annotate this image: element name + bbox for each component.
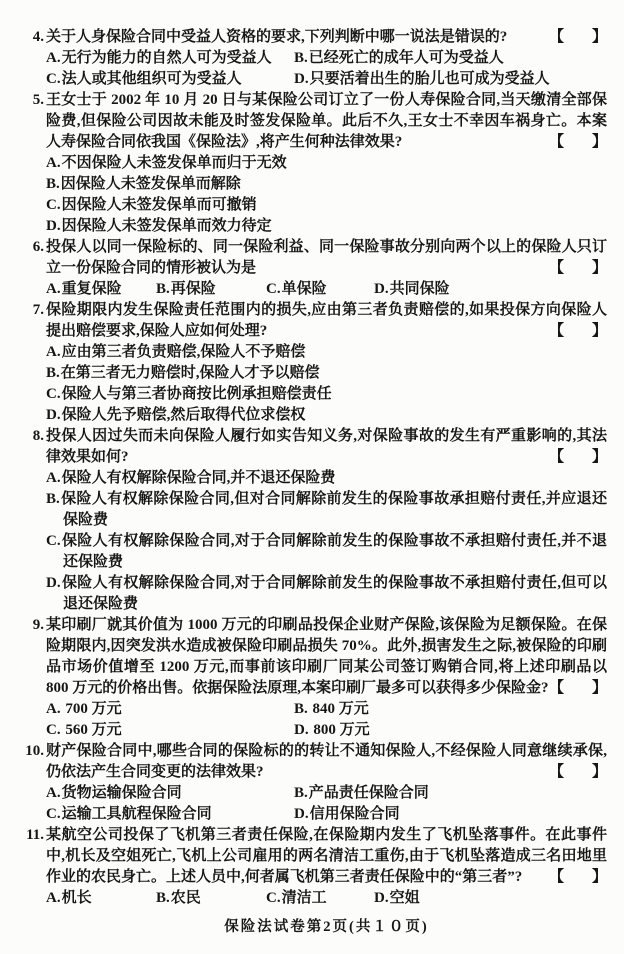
option-label: B. [46,365,60,381]
question-number: 9. [18,615,44,636]
bracket-open-glyph: 【 [549,321,564,342]
answer-bracket: 【 】 [549,867,607,888]
bracket-open-glyph: 【 [549,447,564,468]
option-text: 产品责任保险合同 [309,785,429,801]
option-text: 保险人有权解除保险合同,并不退还保险费 [62,470,336,486]
question: 6. 投保人以同一保险标的、同一保险利益、同一保险事故分别向两个以上的保险人只订… [46,237,607,300]
answer-option: D.空姐 [374,888,607,909]
option-text: 保险人有权解除保险合同,但对合同解除前发生的保险事故承担赔付责任,并应退还保险费 [61,491,607,528]
bracket-close-glyph: 】 [592,447,607,468]
question-stem-text: 王女士于 2002 年 10 月 20 日与某保险公司订立了一份人寿保险合同,当… [46,92,607,150]
option-label: B. [156,890,170,906]
answer-bracket: 【 】 [549,27,607,48]
answer-option: B.农民 [156,888,266,909]
answer-option: C.法人或其他组织可为受益人 [46,69,294,90]
option-text: 运输工具航程保险合同 [62,806,212,822]
option-label: B. [294,701,308,717]
option-list: A.保险人有权解除保险合同,并不退还保险费 B.保险人有权解除保险合同,但对合同… [46,468,607,615]
answer-option: A.机长 [46,888,156,909]
option-label: A. [46,50,61,66]
option-label: D. [46,407,61,423]
option-text: 因保险人未签发保单而可撤销 [62,197,257,213]
option-label: B. [156,281,170,297]
answer-option: B.产品责任保险合同 [294,783,607,804]
answer-option: B.保险人有权解除保险合同,但对合同解除前发生的保险事故承担赔付责任,并应退还保… [46,489,607,531]
option-label: B. [294,50,308,66]
option-text: 保险人有权解除保险合同,对于合同解除前发生的保险事故不承担赔付责任,并不退还保险… [62,533,607,570]
option-label: A. [46,281,61,297]
bracket-open-glyph: 【 [549,132,564,153]
option-text: 因保险人未签发保单而效力待定 [62,218,272,234]
question-stem: 王女士于 2002 年 10 月 20 日与某保险公司订立了一份人寿保险合同,当… [46,90,607,153]
option-text: 机长 [62,890,92,906]
answer-bracket: 【 】 [549,258,607,279]
question-stem: 投保人以同一保险标的、同一保险利益、同一保险事故分别向两个以上的保险人只订立一份… [46,237,607,279]
question: 7. 保险期限内发生保险责任范围内的损失,应由第三者负责赔偿的,如果投保方向保险… [46,300,607,426]
option-label: B. [46,491,60,507]
option-text: 已经死亡的成年人可为受益人 [309,50,504,66]
question-list: 4. 关于人身保险合同中受益人资格的要求,下列判断中哪一说法是错误的? 【 】 … [46,27,607,909]
option-text: 重复保险 [62,281,122,297]
option-text: 在第三者无力赔偿时,保险人才予以赔偿 [61,365,320,381]
question-number: 10. [18,741,44,762]
question-stem-text: 某航空公司投保了飞机第三者责任保险,在保险期内发生了飞机坠落事件。在此事件中,机… [46,827,607,885]
answer-option: D.共同保险 [374,279,607,300]
answer-option: D.保险人有权解除保险合同,对于合同解除前发生的保险事故不承担赔付责任,但可以退… [46,573,607,615]
bracket-open-glyph: 【 [549,762,564,783]
question-stem-text: 关于人身保险合同中受益人资格的要求,下列判断中哪一说法是错误的? [46,29,507,45]
question-stem-text: 投保人以同一保险标的、同一保险利益、同一保险事故分别向两个以上的保险人只订立一份… [46,239,607,276]
option-label: B. [46,176,60,192]
answer-option: C.保险人有权解除保险合同,对于合同解除前发生的保险事故不承担赔付责任,并不退还… [46,531,607,573]
answer-option: D.因保险人未签发保单而效力待定 [46,216,607,237]
question: 11. 某航空公司投保了飞机第三者责任保险,在保险期内发生了飞机坠落事件。在此事… [46,825,607,909]
answer-bracket: 【 】 [549,762,607,783]
option-label: B. [294,785,308,801]
question-stem-text: 某印刷厂就其价值为 1000 万元的印刷品投保企业财产保险,该保险为足额保险。在… [46,617,607,696]
question-stem: 财产保险合同中,哪些合同的保险标的的转让不通知保险人,不经保险人同意继续承保,仍… [46,741,607,783]
option-label: C. [266,890,281,906]
option-label: C. [46,806,61,822]
question-number: 6. [18,237,44,258]
option-label: D. [374,890,389,906]
option-text: 单保险 [282,281,327,297]
answer-option: C. 560 万元 [46,720,294,741]
option-text: 700 万元 [62,701,122,717]
bracket-close-glyph: 】 [592,678,607,699]
question: 9. 某印刷厂就其价值为 1000 万元的印刷品投保企业财产保险,该保险为足额保… [46,615,607,741]
option-list: A.货物运输保险合同 B.产品责任保险合同 C.运输工具航程保险合同 D.信用保… [46,783,607,825]
bracket-open-glyph: 【 [549,678,564,699]
bracket-close-glyph: 】 [592,321,607,342]
option-text: 只要活着出生的胎儿也可成为受益人 [310,71,550,87]
option-label: C. [46,533,61,549]
question: 5. 王女士于 2002 年 10 月 20 日与某保险公司订立了一份人寿保险合… [46,90,607,237]
bracket-open-glyph: 【 [549,258,564,279]
option-text: 货物运输保险合同 [62,785,182,801]
option-list: A. 700 万元 B. 840 万元 C. 560 万元 D. 800 万元 [46,699,607,741]
option-list: A.重复保险 B.再保险 C.单保险 D.共同保险 [46,279,607,300]
option-text: 保险人与第三者协商按比例承担赔偿责任 [62,386,332,402]
option-label: A. [46,701,61,717]
question: 4. 关于人身保险合同中受益人资格的要求,下列判断中哪一说法是错误的? 【 】 … [46,27,607,90]
option-text: 清洁工 [282,890,327,906]
bracket-open-glyph: 【 [549,867,564,888]
option-label: A. [46,890,61,906]
option-text: 保险人有权解除保险合同,对于合同解除前发生的保险事故不承担赔付责任,但可以退还保… [62,575,607,612]
option-text: 560 万元 [62,722,122,738]
option-label: A. [46,470,61,486]
question-stem: 关于人身保险合同中受益人资格的要求,下列判断中哪一说法是错误的? 【 】 [46,27,607,48]
bracket-close-glyph: 】 [592,132,607,153]
option-label: D. [374,281,389,297]
answer-option: D.保险人先予赔偿,然后取得代位求偿权 [46,405,607,426]
question-number: 7. [18,300,44,321]
option-text: 法人或其他组织可为受益人 [62,71,242,87]
question-stem: 某印刷厂就其价值为 1000 万元的印刷品投保企业财产保险,该保险为足额保险。在… [46,615,607,699]
option-text: 不因保险人未签发保单而归于无效 [62,155,287,171]
option-text: 800 万元 [310,722,370,738]
question-stem: 投保人因过失而未向保险人履行如实告知义务,对保险事故的发生有严重影响的,其法律效… [46,426,607,468]
answer-option: A.货物运输保险合同 [46,783,294,804]
answer-option: C.清洁工 [266,888,374,909]
option-list: A.无行为能力的自然人可为受益人 B.已经死亡的成年人可为受益人 C.法人或其他… [46,48,607,90]
answer-option: A.应由第三者负责赔偿,保险人不予赔偿 [46,342,607,363]
option-text: 应由第三者负责赔偿,保险人不予赔偿 [62,344,306,360]
answer-option: C.单保险 [266,279,374,300]
answer-option: D.信用保险合同 [294,804,607,825]
answer-bracket: 【 】 [549,132,607,153]
question-number: 11. [18,825,44,846]
question-number: 4. [18,27,44,48]
question-number: 8. [18,426,44,447]
answer-option: C.保险人与第三者协商按比例承担赔偿责任 [46,384,607,405]
option-label: C. [266,281,281,297]
option-label: D. [46,575,61,591]
answer-option: B.在第三者无力赔偿时,保险人才予以赔偿 [46,363,607,384]
page-footer: 保险法试卷第2页(共１０页) [46,917,607,938]
option-list: A.应由第三者负责赔偿,保险人不予赔偿 B.在第三者无力赔偿时,保险人才予以赔偿… [46,342,607,426]
answer-option: A. 700 万元 [46,699,294,720]
option-list: A.不因保险人未签发保单而归于无效 B.因保险人未签发保单而解除 C.因保险人未… [46,153,607,237]
option-label: C. [46,386,61,402]
answer-option: B.已经死亡的成年人可为受益人 [294,48,607,69]
option-label: C. [46,71,61,87]
option-text: 再保险 [171,281,216,297]
answer-option: B.因保险人未签发保单而解除 [46,174,607,195]
option-text: 空姐 [390,890,420,906]
question-stem: 保险期限内发生保险责任范围内的损失,应由第三者负责赔偿的,如果投保方向保险人提出… [46,300,607,342]
answer-option: B. 840 万元 [294,699,607,720]
option-text: 信用保险合同 [310,806,400,822]
option-list: A.机长 B.农民 C.清洁工 D.空姐 [46,888,607,909]
option-text: 农民 [171,890,201,906]
option-text: 无行为能力的自然人可为受益人 [62,50,272,66]
answer-bracket: 【 】 [549,321,607,342]
option-label: D. [294,806,309,822]
option-text: 因保险人未签发保单而解除 [61,176,241,192]
option-text: 共同保险 [390,281,450,297]
question-stem-text: 保险期限内发生保险责任范围内的损失,应由第三者负责赔偿的,如果投保方向保险人提出… [46,302,607,339]
question-number: 5. [18,90,44,111]
option-label: A. [46,344,61,360]
option-label: A. [46,155,61,171]
answer-bracket: 【 】 [549,447,607,468]
option-label: D. [46,218,61,234]
answer-option: B.再保险 [156,279,266,300]
answer-option: C.运输工具航程保险合同 [46,804,294,825]
option-text: 840 万元 [309,701,369,717]
answer-option: A.重复保险 [46,279,156,300]
question-stem: 某航空公司投保了飞机第三者责任保险,在保险期内发生了飞机坠落事件。在此事件中,机… [46,825,607,888]
question-stem-text: 投保人因过失而未向保险人履行如实告知义务,对保险事故的发生有严重影响的,其法律效… [46,428,607,465]
bracket-close-glyph: 】 [592,867,607,888]
option-label: D. [294,71,309,87]
question: 8. 投保人因过失而未向保险人履行如实告知义务,对保险事故的发生有严重影响的,其… [46,426,607,615]
bracket-close-glyph: 】 [592,258,607,279]
answer-option: A.不因保险人未签发保单而归于无效 [46,153,607,174]
answer-option: A.保险人有权解除保险合同,并不退还保险费 [46,468,607,489]
question-stem-text: 财产保险合同中,哪些合同的保险标的的转让不通知保险人,不经保险人同意继续承保,仍… [46,743,607,780]
answer-option: D.只要活着出生的胎儿也可成为受益人 [294,69,607,90]
option-label: C. [46,197,61,213]
bracket-close-glyph: 】 [592,27,607,48]
bracket-close-glyph: 】 [592,762,607,783]
answer-option: C.因保险人未签发保单而可撤销 [46,195,607,216]
bracket-open-glyph: 【 [549,27,564,48]
question: 10. 财产保险合同中,哪些合同的保险标的的转让不通知保险人,不经保险人同意继续… [46,741,607,825]
exam-page: 4. 关于人身保险合同中受益人资格的要求,下列判断中哪一说法是错误的? 【 】 … [0,0,624,938]
option-label: C. [46,722,61,738]
answer-bracket: 【 】 [549,678,607,699]
answer-option: A.无行为能力的自然人可为受益人 [46,48,294,69]
option-text: 保险人先予赔偿,然后取得代位求偿权 [62,407,306,423]
option-label: A. [46,785,61,801]
option-label: D. [294,722,309,738]
answer-option: D. 800 万元 [294,720,607,741]
